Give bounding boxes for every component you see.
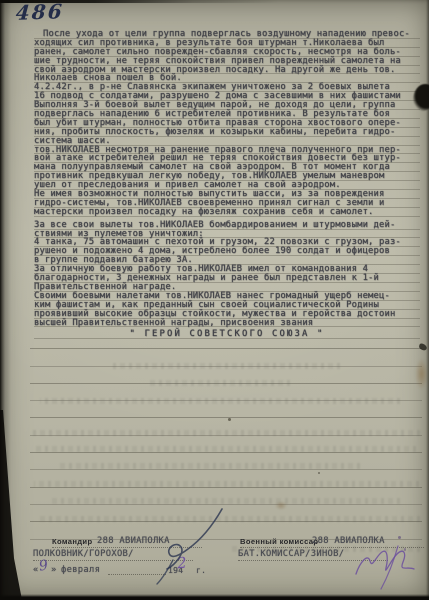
commissar-label: Военный комиссар: [240, 537, 318, 546]
typed-line: высшей Правительственной награды, присво…: [34, 319, 420, 328]
commander-signature: [128, 503, 240, 589]
bleed-through-line: [60, 463, 360, 469]
bleed-through-line: [34, 481, 419, 487]
commissar-rank-name: БАТ.КОМИССАР/ЗИНОВ/: [238, 549, 344, 559]
bleed-through-line: [36, 446, 416, 452]
bleed-through-line: [150, 380, 290, 386]
scanned-document-page: 486 После ухода от цели группа подвергла…: [0, 0, 429, 600]
date-month: февраля: [61, 565, 100, 575]
commissar-signature: [348, 540, 428, 594]
date-close-quote: »: [51, 565, 57, 575]
commander-rank-name: ПОЛКОВНИК/ГОРОХОВ/: [33, 549, 134, 559]
page-number-handwritten: 486: [15, 0, 65, 25]
citation-text-block: После ухода от цели группа подверглась в…: [34, 30, 420, 339]
date-open-quote: «: [33, 565, 39, 575]
bleed-through-line: [40, 398, 400, 404]
bleed-through-line: [30, 430, 420, 436]
scan-edge-bottom: [0, 594, 429, 600]
bleed-through-line: [110, 363, 340, 369]
commander-label: Командир: [52, 537, 92, 546]
scan-edge-top: [0, 0, 429, 3]
typed-line: мастерски произвел посадку на фюзеляж со…: [34, 208, 420, 217]
ruled-line: [30, 332, 422, 349]
date-day-handwritten: 9: [38, 557, 49, 574]
